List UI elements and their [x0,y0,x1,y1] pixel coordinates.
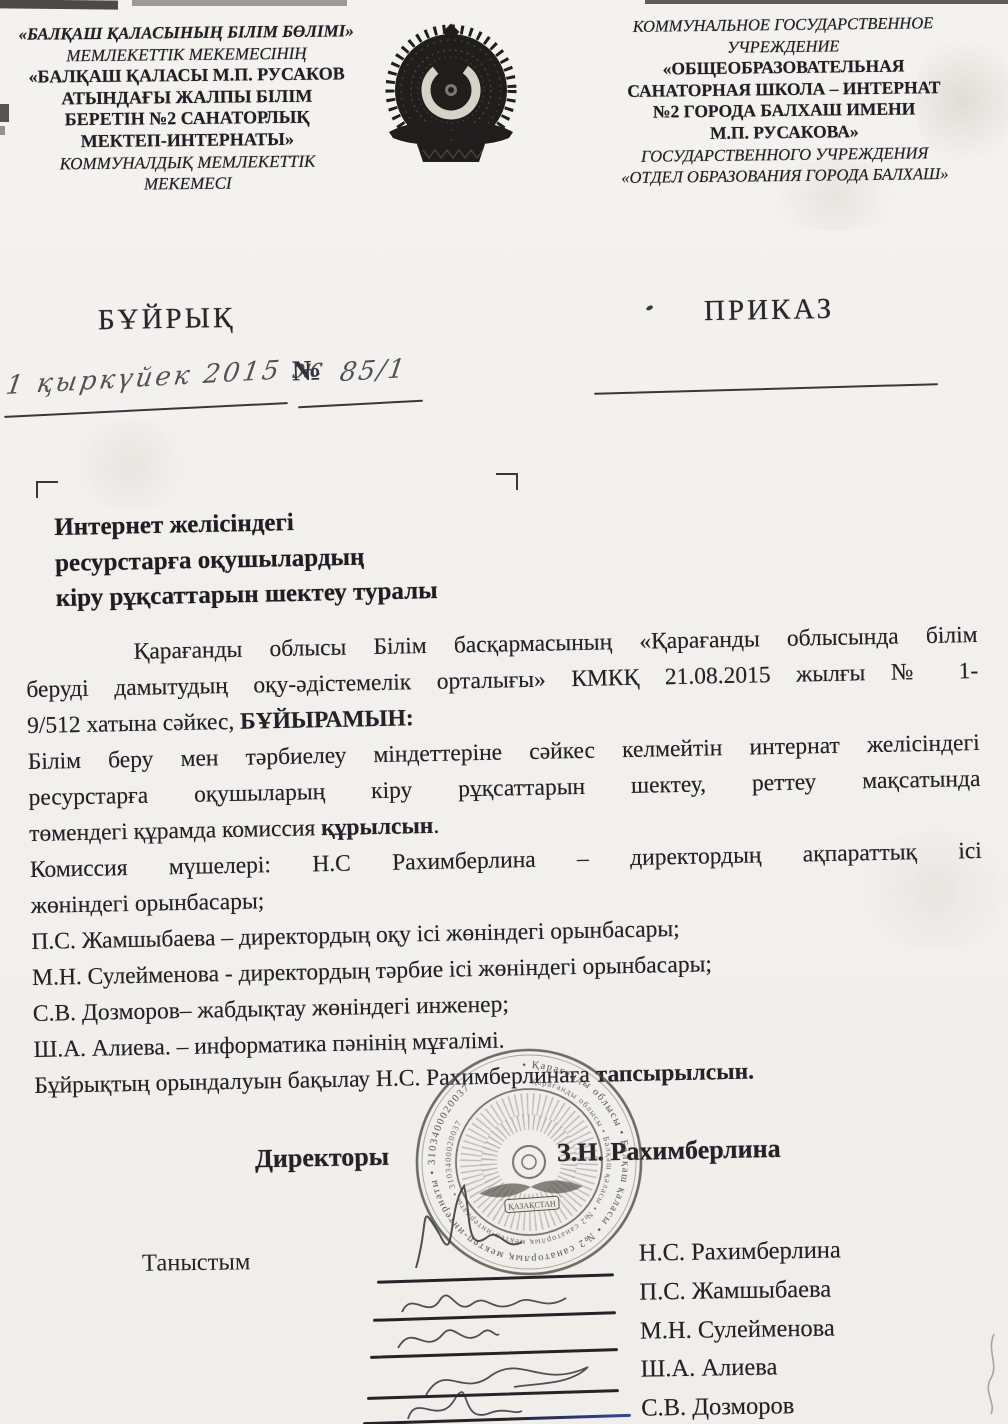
scan-smudge [60,420,200,510]
order-title-kazakh: БҰЙРЫҚ [98,302,236,337]
director-label: Директоры [255,1142,390,1175]
org-line: «БАЛҚАШ ҚАЛАСЫНЫҢ БІЛІМ БӨЛІМІ» [7,20,365,45]
signature-scribble [408,1180,538,1285]
handwritten-order-date: 1 қыркүйек 2015 ж [4,353,328,401]
ack-name: М.Н. Сулейменова [640,1309,843,1351]
blank-number-line [594,383,938,395]
scanned-order-document: «БАЛҚАШ ҚАЛАСЫНЫҢ БІЛІМ БӨЛІМІ» МЕМЛЕКЕТ… [0,0,1008,1424]
scan-edge-artifact [0,126,5,135]
org-line: АТЫНДАҒЫ ЖАЛПЫ БІЛІМ [8,85,366,110]
number-underline [298,400,423,409]
signature-scribble [400,1385,535,1424]
ink-speck [645,305,653,312]
corner-mark-right-icon [496,473,518,490]
order-subject: Интернет желісіндегі ресурстарға оқушыла… [54,500,536,617]
ack-name: С.В. Дозморов [641,1387,844,1424]
org-name-russian: КОММУНАЛЬНОЕ ГОСУДАРСТВЕННОЕ УЧРЕЖДЕНИЕ … [559,11,1008,189]
order-title-russian: ПРИКАЗ [704,293,835,328]
org-line: «ОТДЕЛ ОБРАЗОВАНИЯ ГОРОДА БАЛХАШ» [561,162,1008,189]
org-name-kazakh: «БАЛҚАШ ҚАЛАСЫНЫҢ БІЛІМ БӨЛІМІ» МЕМЛЕКЕТ… [7,20,367,196]
stray-pen-mark [982,1330,1004,1421]
handwritten-order-number: 85/1 [338,354,409,388]
org-line: КОММУНАЛДЫҚ МЕМЛЕКЕТТІК [8,150,366,175]
date-underline [4,402,288,418]
order-number-sign: № [291,355,321,389]
acknowledgement-names: Н.С. Рахимберлина П.С. Жамшыбаева М.Н. С… [638,1231,843,1424]
scan-edge-artifact [0,0,118,10]
scan-edge-artifact [645,0,1008,4]
ack-name: П.С. Жамшыбаева [639,1270,842,1312]
ack-name: Н.С. Рахимберлина [638,1231,841,1273]
scan-edge-artifact [132,0,347,6]
org-line: МЕКЕМЕСІ [9,171,367,196]
corner-mark-left-icon [36,481,58,498]
ack-name: Ш.А. Алиева [640,1348,843,1390]
order-body: Қарағанды облысы Білім басқармасының «Қа… [25,617,986,1104]
acknowledgement-label: Таныстым [142,1248,251,1278]
kazakhstan-coat-of-arms-icon [383,20,519,176]
